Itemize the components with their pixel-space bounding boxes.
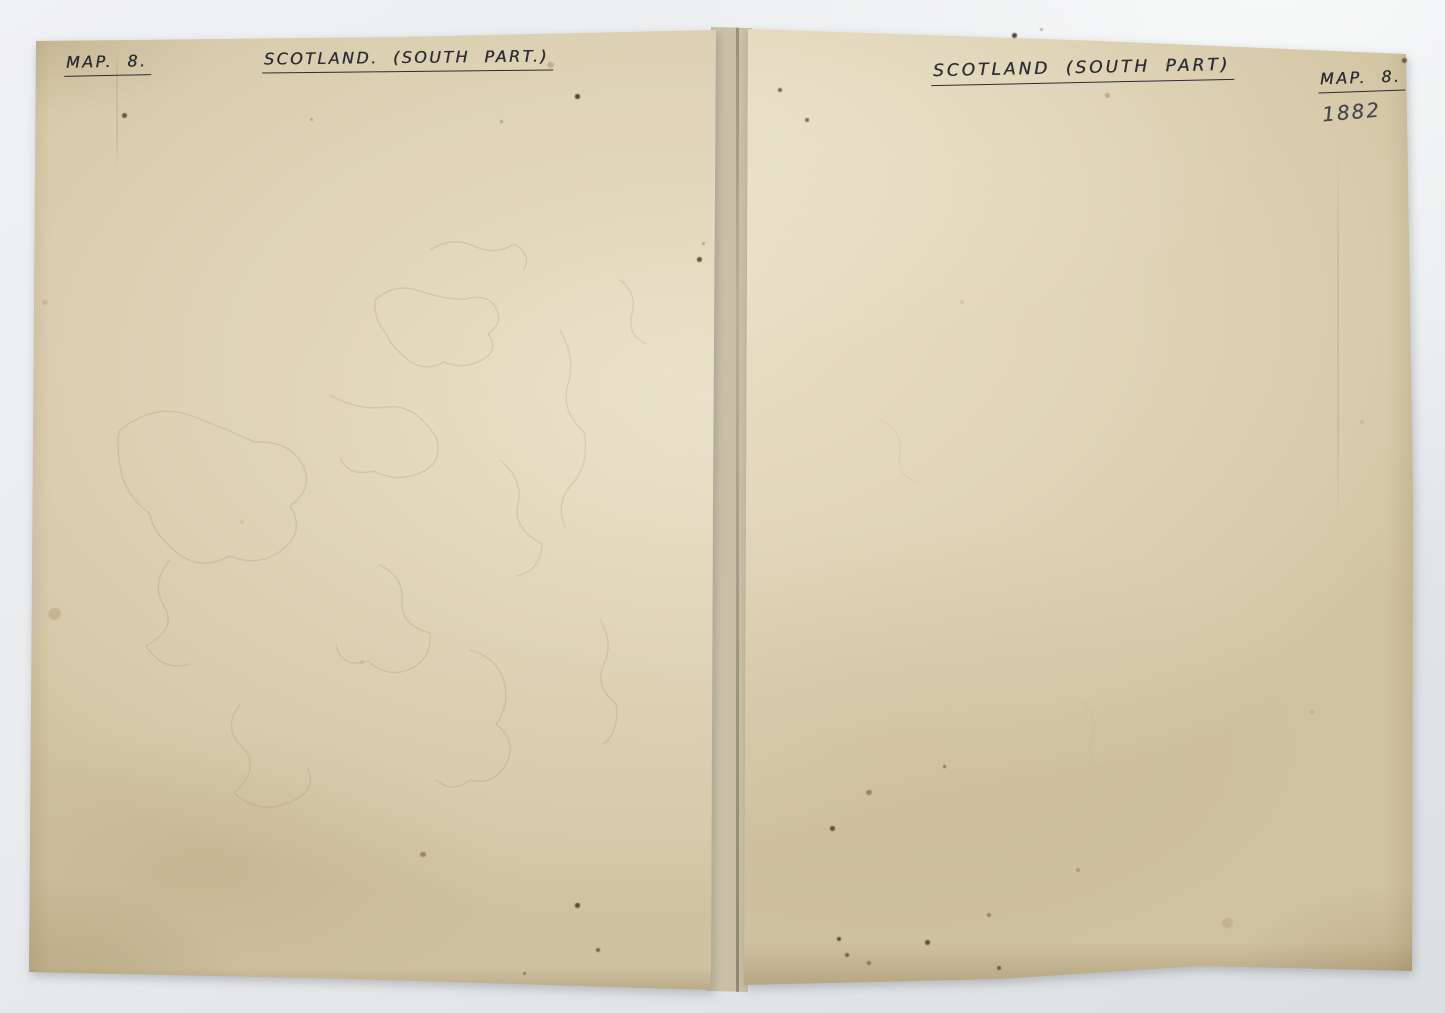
right-page-faint-marks (0, 0, 1445, 1013)
right-page: SCOTLAND (SOUTH PART) MAP. 8. 1882 (0, 0, 1445, 1013)
right-page-shadow-wrap: SCOTLAND (SOUTH PART) MAP. 8. 1882 (0, 0, 1445, 1013)
photo-of-map-verso: MAP. 8. SCOTLAND. (SOUTH PART.) SCOTLAND… (0, 0, 1445, 1013)
right-page-edge-toning (0, 0, 1445, 1013)
right-page-crease (1337, 150, 1339, 530)
year-annotation: 1882 (1321, 97, 1382, 126)
right-title-label: SCOTLAND (SOUTH PART) (931, 55, 1235, 86)
right-map-number-label: MAP. 8. (1318, 66, 1406, 93)
